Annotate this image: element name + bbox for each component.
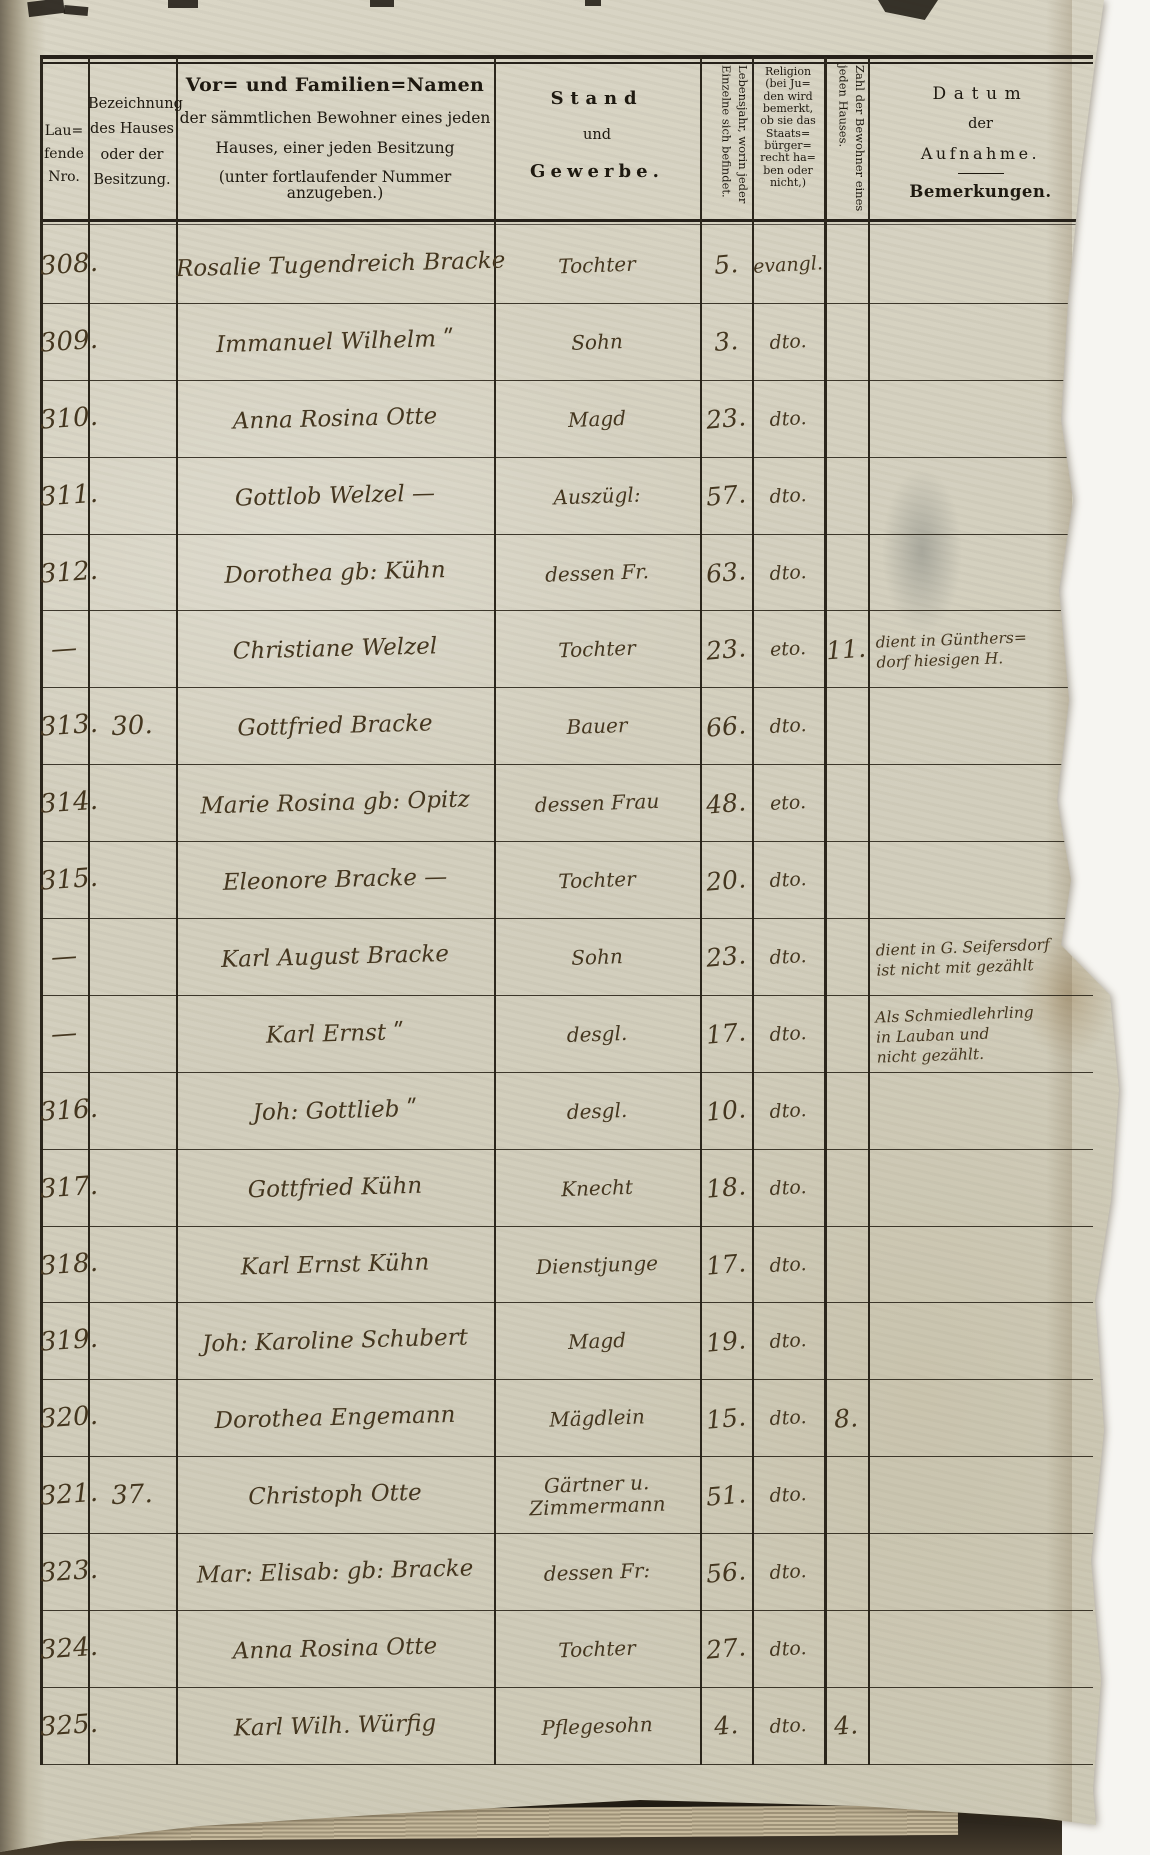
col-resident-name: Rosalie Tugendreich Bracke xyxy=(176,248,495,282)
remark-line xyxy=(876,1414,1093,1422)
col-occupation: Auszügl: xyxy=(494,481,701,510)
col-remarks: dient in Günthers= dorf hiesigen H. xyxy=(867,625,1093,673)
occupation-line: Auszügl: xyxy=(494,481,701,510)
remark-line xyxy=(876,799,1093,807)
col-resident-name: Karl August Bracke xyxy=(176,940,495,974)
header-line: Gewerbe. xyxy=(494,161,700,182)
remark-line xyxy=(876,415,1093,423)
col-resident-name: Dorothea Engemann xyxy=(176,1401,495,1435)
page-edge-fragment xyxy=(878,0,938,20)
col-occupation: Sohn xyxy=(494,942,701,971)
col-occupation: Sohn xyxy=(494,327,701,356)
col-house-number xyxy=(88,570,176,575)
header-line: nicht,) xyxy=(752,177,824,189)
col-running-number: 321. xyxy=(39,1479,89,1512)
register-row: — Karl Ernst ʺ desgl. 17. dto. Als Schmi… xyxy=(40,996,1093,1073)
register-row: 315. Eleonore Bracke — Tochter 20. dto. xyxy=(40,842,1093,919)
col-inhabitants-count xyxy=(824,879,868,882)
col-inhabitants-count: 8. xyxy=(823,1402,869,1434)
col-running-number: — xyxy=(39,633,89,666)
col-running-number: 313. xyxy=(39,710,89,743)
remark-line xyxy=(876,1184,1093,1192)
register-row: 312. Dorothea gb: Kühn dessen Fr. 63. dt… xyxy=(40,535,1093,612)
col-religion: dto. xyxy=(751,1329,824,1355)
col-age: 10. xyxy=(699,1094,753,1127)
col-occupation: dessen Fr. xyxy=(494,558,701,587)
occupation-line: Tochter xyxy=(494,1634,701,1663)
col-religion: dto. xyxy=(751,713,824,739)
header-line: oder der xyxy=(88,143,176,168)
col-running-number: — xyxy=(39,940,89,973)
occupation-line: Dienstjunge xyxy=(494,1250,701,1279)
col-occupation: Tochter xyxy=(494,250,701,279)
header-line: der xyxy=(868,116,1093,132)
col-remarks xyxy=(868,722,1093,730)
col-occupation: Knecht xyxy=(494,1173,701,1202)
col-age: 56. xyxy=(699,1555,753,1588)
col-resident-name: Karl Wilh. Würfig xyxy=(176,1709,495,1743)
col-inhabitants-count xyxy=(824,725,868,728)
occupation-line: dessen Fr. xyxy=(494,558,701,587)
header-title: Vor= und Familien=Namen xyxy=(176,76,494,95)
col-running-number: 318. xyxy=(39,1248,89,1281)
col-age: 15. xyxy=(699,1402,753,1435)
remark-line xyxy=(876,1184,1093,1192)
register-row: — Karl August Bracke Sohn 23. dto. dient… xyxy=(40,919,1093,996)
header-line: fende xyxy=(40,143,88,166)
header-line: Bemerkungen. xyxy=(868,182,1093,201)
col-house-number: 30. xyxy=(87,709,176,744)
remark-line xyxy=(876,1107,1093,1115)
col-resident-name: Gottfried Bracke xyxy=(176,709,495,743)
occupation-line: Pflegesohn xyxy=(494,1711,701,1740)
register-row: 316. Joh: Gottlieb ʺ desgl. 10. dto. xyxy=(40,1073,1093,1150)
register-row: 323. Mar: Elisab: gb: Bracke dessen Fr: … xyxy=(40,1534,1093,1611)
col-inhabitants-count: 4. xyxy=(823,1710,869,1742)
col-house-number xyxy=(88,1185,176,1190)
col-running-number: 314. xyxy=(39,787,89,820)
remark-line xyxy=(876,261,1093,269)
col-religion: dto. xyxy=(751,1636,824,1662)
col-occupation: Magd xyxy=(494,1327,701,1356)
paper-sheet: Lau= fende Nro. Bezeichnung des Hauses o… xyxy=(0,0,1150,1855)
col-resident-name: Dorothea gb: Kühn xyxy=(176,555,495,589)
col-occupation: Gärtner u. Zimmermann xyxy=(493,1470,700,1521)
remark-line xyxy=(876,492,1093,500)
remark-line xyxy=(876,338,1093,346)
col-house-number xyxy=(88,1570,176,1575)
col-religion: dto. xyxy=(751,406,824,432)
col-inhabitants-count xyxy=(824,1032,868,1035)
remark-line xyxy=(876,1722,1093,1730)
occupation-line: Bauer xyxy=(494,712,701,741)
col-remarks xyxy=(868,569,1093,577)
remark-line xyxy=(876,1645,1093,1653)
col-running-number: 311. xyxy=(39,479,89,512)
header-line: Datum xyxy=(868,84,1093,104)
col-occupation: Tochter xyxy=(494,1634,701,1663)
remark-line xyxy=(876,261,1093,269)
col-age: 51. xyxy=(699,1478,753,1511)
col-remarks xyxy=(868,1645,1093,1653)
col-house-number xyxy=(88,647,176,652)
remark-line xyxy=(876,1568,1093,1576)
col-religion: dto. xyxy=(751,1405,824,1431)
col-remarks xyxy=(868,261,1093,269)
occupation-line: desgl. xyxy=(494,1096,701,1125)
register-row: 314. Marie Rosina gb: Opitz dessen Frau … xyxy=(40,765,1093,842)
col-resident-name: Joh: Karoline Schubert xyxy=(176,1324,495,1358)
header-line: (unter fortlaufender Nummer anzugeben.) xyxy=(176,170,494,201)
col-age: 17. xyxy=(699,1017,753,1050)
col-occupation: Magd xyxy=(494,404,701,433)
col-house-number xyxy=(88,1724,176,1729)
col-religion: eto. xyxy=(751,790,824,816)
col-running-number: 310. xyxy=(39,402,89,435)
col-religion: eto. xyxy=(751,637,824,663)
remark-line xyxy=(876,415,1093,423)
remark-line xyxy=(876,1568,1093,1576)
header-line: Stand xyxy=(494,88,700,109)
col-occupation: desgl. xyxy=(494,1019,701,1048)
remark-line xyxy=(876,1414,1093,1422)
col-remarks xyxy=(868,492,1093,500)
col-running-number: 325. xyxy=(39,1709,89,1742)
remark-line xyxy=(876,1722,1093,1730)
col-house-number xyxy=(88,1108,176,1113)
remark-line xyxy=(876,492,1093,500)
col-running-number: 312. xyxy=(39,556,89,589)
remark-line xyxy=(876,569,1093,577)
col-running-number: — xyxy=(39,1017,89,1050)
page-edge-fragment xyxy=(585,0,601,6)
col-remarks xyxy=(868,1337,1093,1345)
col-running-number: 317. xyxy=(39,1171,89,1204)
col-resident-name: Joh: Gottlieb ʺ xyxy=(176,1094,495,1128)
remark-line xyxy=(876,338,1093,346)
remark-line xyxy=(876,1337,1093,1345)
col-running-number: 319. xyxy=(39,1325,89,1358)
col-remarks xyxy=(868,876,1093,884)
register-row: 318. Karl Ernst Kühn Dienstjunge 17. dto… xyxy=(40,1227,1093,1304)
col-age: 19. xyxy=(699,1325,753,1358)
col-remarks xyxy=(868,1261,1093,1269)
col-inhabitants-count xyxy=(824,571,868,574)
col-age: 48. xyxy=(699,786,753,819)
remark-line xyxy=(876,569,1093,577)
remark-line xyxy=(876,1722,1093,1730)
register-row: — Christiane Welzel Tochter 23. eto. 11.… xyxy=(40,611,1093,688)
occupation-line: dessen Frau xyxy=(494,789,701,818)
col-age: 5. xyxy=(699,248,753,281)
header-line: Besitzung. xyxy=(88,168,176,193)
remark-line xyxy=(876,876,1093,884)
col-occupation: Tochter xyxy=(494,635,701,664)
col-age: 17. xyxy=(699,1248,753,1281)
occupation-line: Knecht xyxy=(494,1173,701,1202)
page-edge-fragment xyxy=(168,0,198,8)
header-line: Bezeichnung xyxy=(88,92,176,117)
header-line: Nro. xyxy=(40,166,88,189)
occupation-line: Sohn xyxy=(494,327,701,356)
col-inhabitants-count xyxy=(824,1494,868,1497)
col-house-number xyxy=(88,878,176,883)
col-religion: dto. xyxy=(751,483,824,509)
col-resident-name: Anna Rosina Otte xyxy=(176,1632,495,1666)
occupation-line: Sohn xyxy=(494,942,701,971)
col-house-number xyxy=(88,416,176,421)
col-age: 63. xyxy=(699,556,753,589)
remark-line xyxy=(876,799,1093,807)
col-resident-name: Anna Rosina Otte xyxy=(176,402,495,436)
col-inhabitants-count xyxy=(824,1186,868,1189)
occupation-line: Tochter xyxy=(494,250,701,279)
page-edge-fragment xyxy=(64,5,89,16)
header-bottom-rule xyxy=(40,219,1093,222)
col-age: 23. xyxy=(699,940,753,973)
remark-line xyxy=(876,1184,1093,1192)
remark-line xyxy=(876,1491,1093,1499)
remark-line xyxy=(876,799,1093,807)
col-occupation: Tochter xyxy=(494,865,701,894)
col-remarks xyxy=(868,415,1093,423)
col-inhabitants-count: 11. xyxy=(823,633,869,665)
col-house-number xyxy=(88,801,176,806)
col-house-number xyxy=(88,1647,176,1652)
col-occupation: Dienstjunge xyxy=(494,1250,701,1279)
remark-line xyxy=(876,569,1093,577)
col-religion: dto. xyxy=(751,560,824,586)
col-remarks xyxy=(868,1107,1093,1115)
register-row: 321. 37. Christoph Otte Gärtner u. Zimme… xyxy=(40,1457,1093,1534)
remark-line xyxy=(876,1107,1093,1115)
col-remarks xyxy=(868,1414,1093,1422)
col-age: 4. xyxy=(699,1709,753,1742)
col-running-number: 323. xyxy=(39,1555,89,1588)
col-occupation: dessen Fr: xyxy=(494,1557,701,1586)
col-house-number xyxy=(88,263,176,268)
col-house-number xyxy=(88,493,176,498)
col-occupation: desgl. xyxy=(494,1096,701,1125)
occupation-line: dessen Fr: xyxy=(494,1557,701,1586)
remark-line xyxy=(876,1337,1093,1345)
column-header-running-number: Lau= fende Nro. xyxy=(40,120,88,189)
header-line: ob sie das xyxy=(752,115,824,127)
remark-line xyxy=(876,1261,1093,1269)
col-age: 18. xyxy=(699,1171,753,1204)
register-row: 313. 30. Gottfried Bracke Bauer 66. dto. xyxy=(40,688,1093,765)
column-header-date-remarks: Datum der Aufnahme. Bemerkungen. xyxy=(868,84,1093,201)
col-inhabitants-count xyxy=(824,494,868,497)
register-row: 310. Anna Rosina Otte Magd 23. dto. xyxy=(40,381,1093,458)
col-remarks: Als Schmiedlehrling in Lauban und nicht … xyxy=(867,1000,1094,1068)
col-remarks xyxy=(868,1568,1093,1576)
page-edge-fragment xyxy=(27,0,65,17)
remark-line xyxy=(876,1261,1093,1269)
col-religion: dto. xyxy=(751,1098,824,1124)
register-row: 311. Gottlob Welzel — Auszügl: 57. dto. xyxy=(40,458,1093,535)
header-line: Lau= xyxy=(40,120,88,143)
col-age: 57. xyxy=(699,479,753,512)
header-line: (bei Ju= xyxy=(752,78,824,90)
col-resident-name: Gottlob Welzel — xyxy=(176,478,495,512)
remark-line xyxy=(876,722,1093,730)
column-header-occupation: Stand und Gewerbe. xyxy=(494,88,700,182)
register-row: 320. Dorothea Engemann Mägdlein 15. dto.… xyxy=(40,1380,1093,1457)
remark-line xyxy=(876,1491,1093,1499)
register-row: 309. Immanuel Wilhelm ʺ Sohn 3. dto. xyxy=(40,304,1093,381)
column-header-inhabitants-count: Zahl der Bewohner eines jeden Hauses. xyxy=(826,62,868,218)
remark-line xyxy=(876,1568,1093,1576)
page-edge-fragment xyxy=(370,0,394,7)
occupation-line: Tochter xyxy=(494,635,701,664)
col-house-number xyxy=(88,340,176,345)
col-inhabitants-count xyxy=(824,1571,868,1574)
col-remarks xyxy=(868,1184,1093,1192)
col-resident-name: Christoph Otte xyxy=(176,1478,495,1512)
remark-line xyxy=(876,722,1093,730)
register-row: 319. Joh: Karoline Schubert Magd 19. dto… xyxy=(40,1303,1093,1380)
col-remarks xyxy=(868,338,1093,346)
col-running-number: 308. xyxy=(39,248,89,281)
remark-line xyxy=(876,876,1093,884)
register-row: 308. Rosalie Tugendreich Bracke Tochter … xyxy=(40,227,1093,304)
occupation-line: desgl. xyxy=(494,1019,701,1048)
col-resident-name: Marie Rosina gb: Opitz xyxy=(176,786,495,820)
remark-line xyxy=(876,1645,1093,1653)
col-running-number: 316. xyxy=(39,1094,89,1127)
col-inhabitants-count xyxy=(824,955,868,958)
col-remarks xyxy=(868,1491,1093,1499)
col-religion: dto. xyxy=(751,867,824,893)
col-age: 23. xyxy=(699,402,753,435)
col-house-number xyxy=(88,1339,176,1344)
col-house-number xyxy=(88,1416,176,1421)
col-inhabitants-count xyxy=(824,802,868,805)
register-row: 324. Anna Rosina Otte Tochter 27. dto. xyxy=(40,1611,1093,1688)
register-row: 325. Karl Wilh. Würfig Pflegesohn 4. dto… xyxy=(40,1688,1093,1765)
col-religion: dto. xyxy=(751,1559,824,1585)
occupation-line: Tochter xyxy=(494,865,701,894)
col-remarks xyxy=(868,799,1093,807)
header-divider-rule xyxy=(958,173,1004,174)
remark-line xyxy=(876,1414,1093,1422)
col-resident-name: Gottfried Kühn xyxy=(176,1170,495,1204)
col-house-number xyxy=(88,955,176,960)
col-running-number: 324. xyxy=(39,1632,89,1665)
register-row: 317. Gottfried Kühn Knecht 18. dto. xyxy=(40,1150,1093,1227)
header-line: Hauses, einer jeden Besitzung xyxy=(176,141,494,157)
col-religion: dto. xyxy=(751,1021,824,1047)
header-line: des Hauses xyxy=(88,117,176,142)
col-house-number xyxy=(88,1032,176,1037)
col-inhabitants-count xyxy=(824,1263,868,1266)
register-page: Lau= fende Nro. Bezeichnung des Hauses o… xyxy=(0,0,1150,1855)
col-inhabitants-count xyxy=(824,263,868,266)
remark-line xyxy=(876,1645,1093,1653)
col-remarks: dient in G. Seifersdorf ist nicht mit ge… xyxy=(867,933,1093,981)
col-running-number: 309. xyxy=(39,325,89,358)
col-religion: dto. xyxy=(751,1482,824,1508)
col-running-number: 320. xyxy=(39,1402,89,1435)
occupation-line: Mägdlein xyxy=(494,1404,701,1433)
remark-line xyxy=(876,1491,1093,1499)
paper-sheet-wrapper: Lau= fende Nro. Bezeichnung des Hauses o… xyxy=(0,0,1150,1855)
remark-line xyxy=(876,1261,1093,1269)
header-line: ben oder xyxy=(752,165,824,177)
col-religion: dto. xyxy=(751,1252,824,1278)
remark-line xyxy=(876,415,1093,423)
remark-line xyxy=(876,492,1093,500)
header-line: Aufnahme. xyxy=(868,144,1093,163)
header-line: der sämmtlichen Bewohner eines jeden xyxy=(176,111,494,127)
col-resident-name: Immanuel Wilhelm ʺ xyxy=(176,325,495,359)
col-religion: dto. xyxy=(751,1713,824,1739)
col-house-number: 37. xyxy=(87,1478,176,1513)
header-line: und xyxy=(494,127,700,143)
col-inhabitants-count xyxy=(824,340,868,343)
col-age: 27. xyxy=(699,1632,753,1665)
col-age: 23. xyxy=(699,633,753,666)
column-header-age: Lebensjahr, worin jeder Einzelne sich be… xyxy=(701,62,751,218)
header-bottom-rule-thin xyxy=(40,224,1093,225)
col-religion: dto. xyxy=(751,1175,824,1201)
col-age: 66. xyxy=(699,710,753,743)
remark-line xyxy=(876,722,1093,730)
table-rows: 308. Rosalie Tugendreich Bracke Tochter … xyxy=(40,227,1093,1765)
remark-line xyxy=(876,261,1093,269)
occupation-line: Magd xyxy=(494,1327,701,1356)
column-header-names: Vor= und Familien=Namen der sämmtlichen … xyxy=(176,76,494,201)
table-top-rule xyxy=(40,55,1093,59)
col-running-number: 315. xyxy=(39,863,89,896)
header-line: recht ha= xyxy=(752,152,824,164)
column-header-religion: Religion (bei Ju= den wird bemerkt, ob s… xyxy=(752,66,824,189)
col-occupation: Bauer xyxy=(494,712,701,741)
col-occupation: Pflegesohn xyxy=(494,1711,701,1740)
col-religion: dto. xyxy=(751,944,824,970)
remark-line xyxy=(876,1107,1093,1115)
col-resident-name: Karl Ernst Kühn xyxy=(176,1247,495,1281)
col-house-number xyxy=(88,1262,176,1267)
col-resident-name: Mar: Elisab: gb: Bracke xyxy=(176,1555,495,1589)
col-resident-name: Karl Ernst ʺ xyxy=(176,1017,495,1051)
col-age: 3. xyxy=(699,325,753,358)
col-resident-name: Christiane Welzel xyxy=(176,632,495,666)
occupation-line: Magd xyxy=(494,404,701,433)
col-inhabitants-count xyxy=(824,1647,868,1650)
remark-line xyxy=(876,1337,1093,1345)
col-inhabitants-count xyxy=(824,1109,868,1112)
col-age: 20. xyxy=(699,863,753,896)
col-occupation: dessen Frau xyxy=(494,789,701,818)
col-inhabitants-count xyxy=(824,417,868,420)
remark-line xyxy=(876,338,1093,346)
table-top-rule-thin xyxy=(40,62,1093,64)
col-inhabitants-count xyxy=(824,1340,868,1343)
col-resident-name: Eleonore Bracke — xyxy=(176,863,495,897)
col-remarks xyxy=(868,1722,1093,1730)
col-religion: evangl. xyxy=(751,252,824,278)
col-religion: dto. xyxy=(751,329,824,355)
column-header-house-designation: Bezeichnung des Hauses oder der Besitzun… xyxy=(88,92,176,194)
col-occupation: Mägdlein xyxy=(494,1404,701,1433)
remark-line xyxy=(876,876,1093,884)
